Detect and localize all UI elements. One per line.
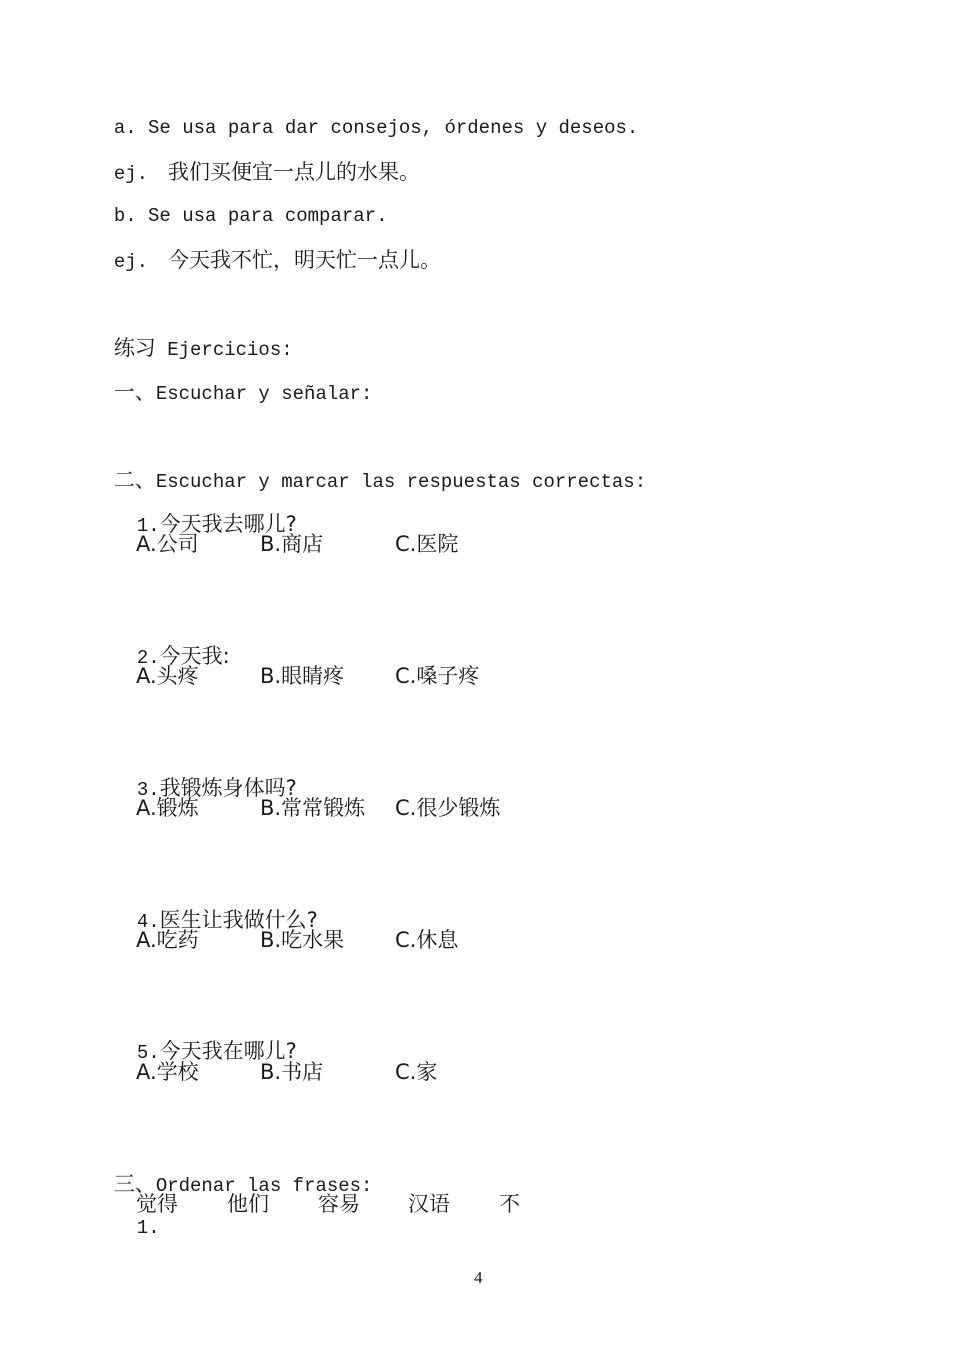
section-number: 一、 [114, 380, 156, 404]
question-1: 1.今天我去哪儿? [114, 488, 297, 538]
option-a[interactable]: A.吃药 [136, 928, 199, 952]
word-tile: 他们 [227, 1192, 269, 1216]
grammar-a-example: ej.我们买便宜一点儿的水果。 [91, 136, 420, 186]
question-4: 4.医生让我做什么? [114, 884, 318, 934]
option-c[interactable]: C.医院 [395, 532, 458, 556]
section-1-heading: 一、Escuchar y señalar: [91, 356, 372, 406]
option-a[interactable]: A.锻炼 [136, 796, 199, 820]
option-b[interactable]: B.眼睛疼 [260, 664, 344, 688]
option-c[interactable]: C.休息 [395, 928, 458, 952]
option-c[interactable]: C.家 [395, 1060, 437, 1084]
option-c[interactable]: C.嗓子疼 [395, 664, 479, 688]
question-2: 2.今天我: [114, 620, 230, 670]
example-sentence: 今天我不忙，明天忙一点儿。 [168, 248, 441, 272]
option-b[interactable]: B.商店 [260, 532, 323, 556]
option-a[interactable]: A.公司 [136, 532, 199, 556]
word-tile: 觉得 [136, 1192, 178, 1216]
word-tile: 汉语 [408, 1192, 450, 1216]
section-title: Escuchar y señalar: [156, 383, 373, 405]
grammar-b: b. Se usa para comparar. [91, 180, 387, 228]
option-b[interactable]: B.书店 [260, 1060, 323, 1084]
option-b[interactable]: B.常常锻炼 [260, 796, 365, 820]
option-a[interactable]: A.学校 [136, 1060, 199, 1084]
word-tile: 不 [499, 1192, 520, 1216]
section-2-heading: 二、Escuchar y marcar las respuestas corre… [91, 444, 646, 494]
section-3-heading: 三、Ordenar las frases: [91, 1148, 372, 1198]
word-tile: 容易 [318, 1192, 360, 1216]
option-c[interactable]: C.很少锻炼 [395, 796, 500, 820]
option-b[interactable]: B.吃水果 [260, 928, 344, 952]
grammar-b-example: ej.今天我不忙，明天忙一点儿。 [91, 224, 441, 274]
question-3: 3.我锻炼身体吗? [114, 752, 297, 802]
question-5: 5.今天我在哪儿? [114, 1015, 297, 1065]
item-number: 1. [137, 1217, 160, 1239]
exercises-heading: 练习 Ejercicios: [91, 312, 293, 362]
grammar-a: a. Se usa para dar consejos, órdenes y d… [91, 92, 638, 140]
option-a[interactable]: A.头疼 [136, 664, 199, 688]
page-number: 4 [474, 1268, 483, 1288]
example-label: ej. [114, 251, 148, 273]
